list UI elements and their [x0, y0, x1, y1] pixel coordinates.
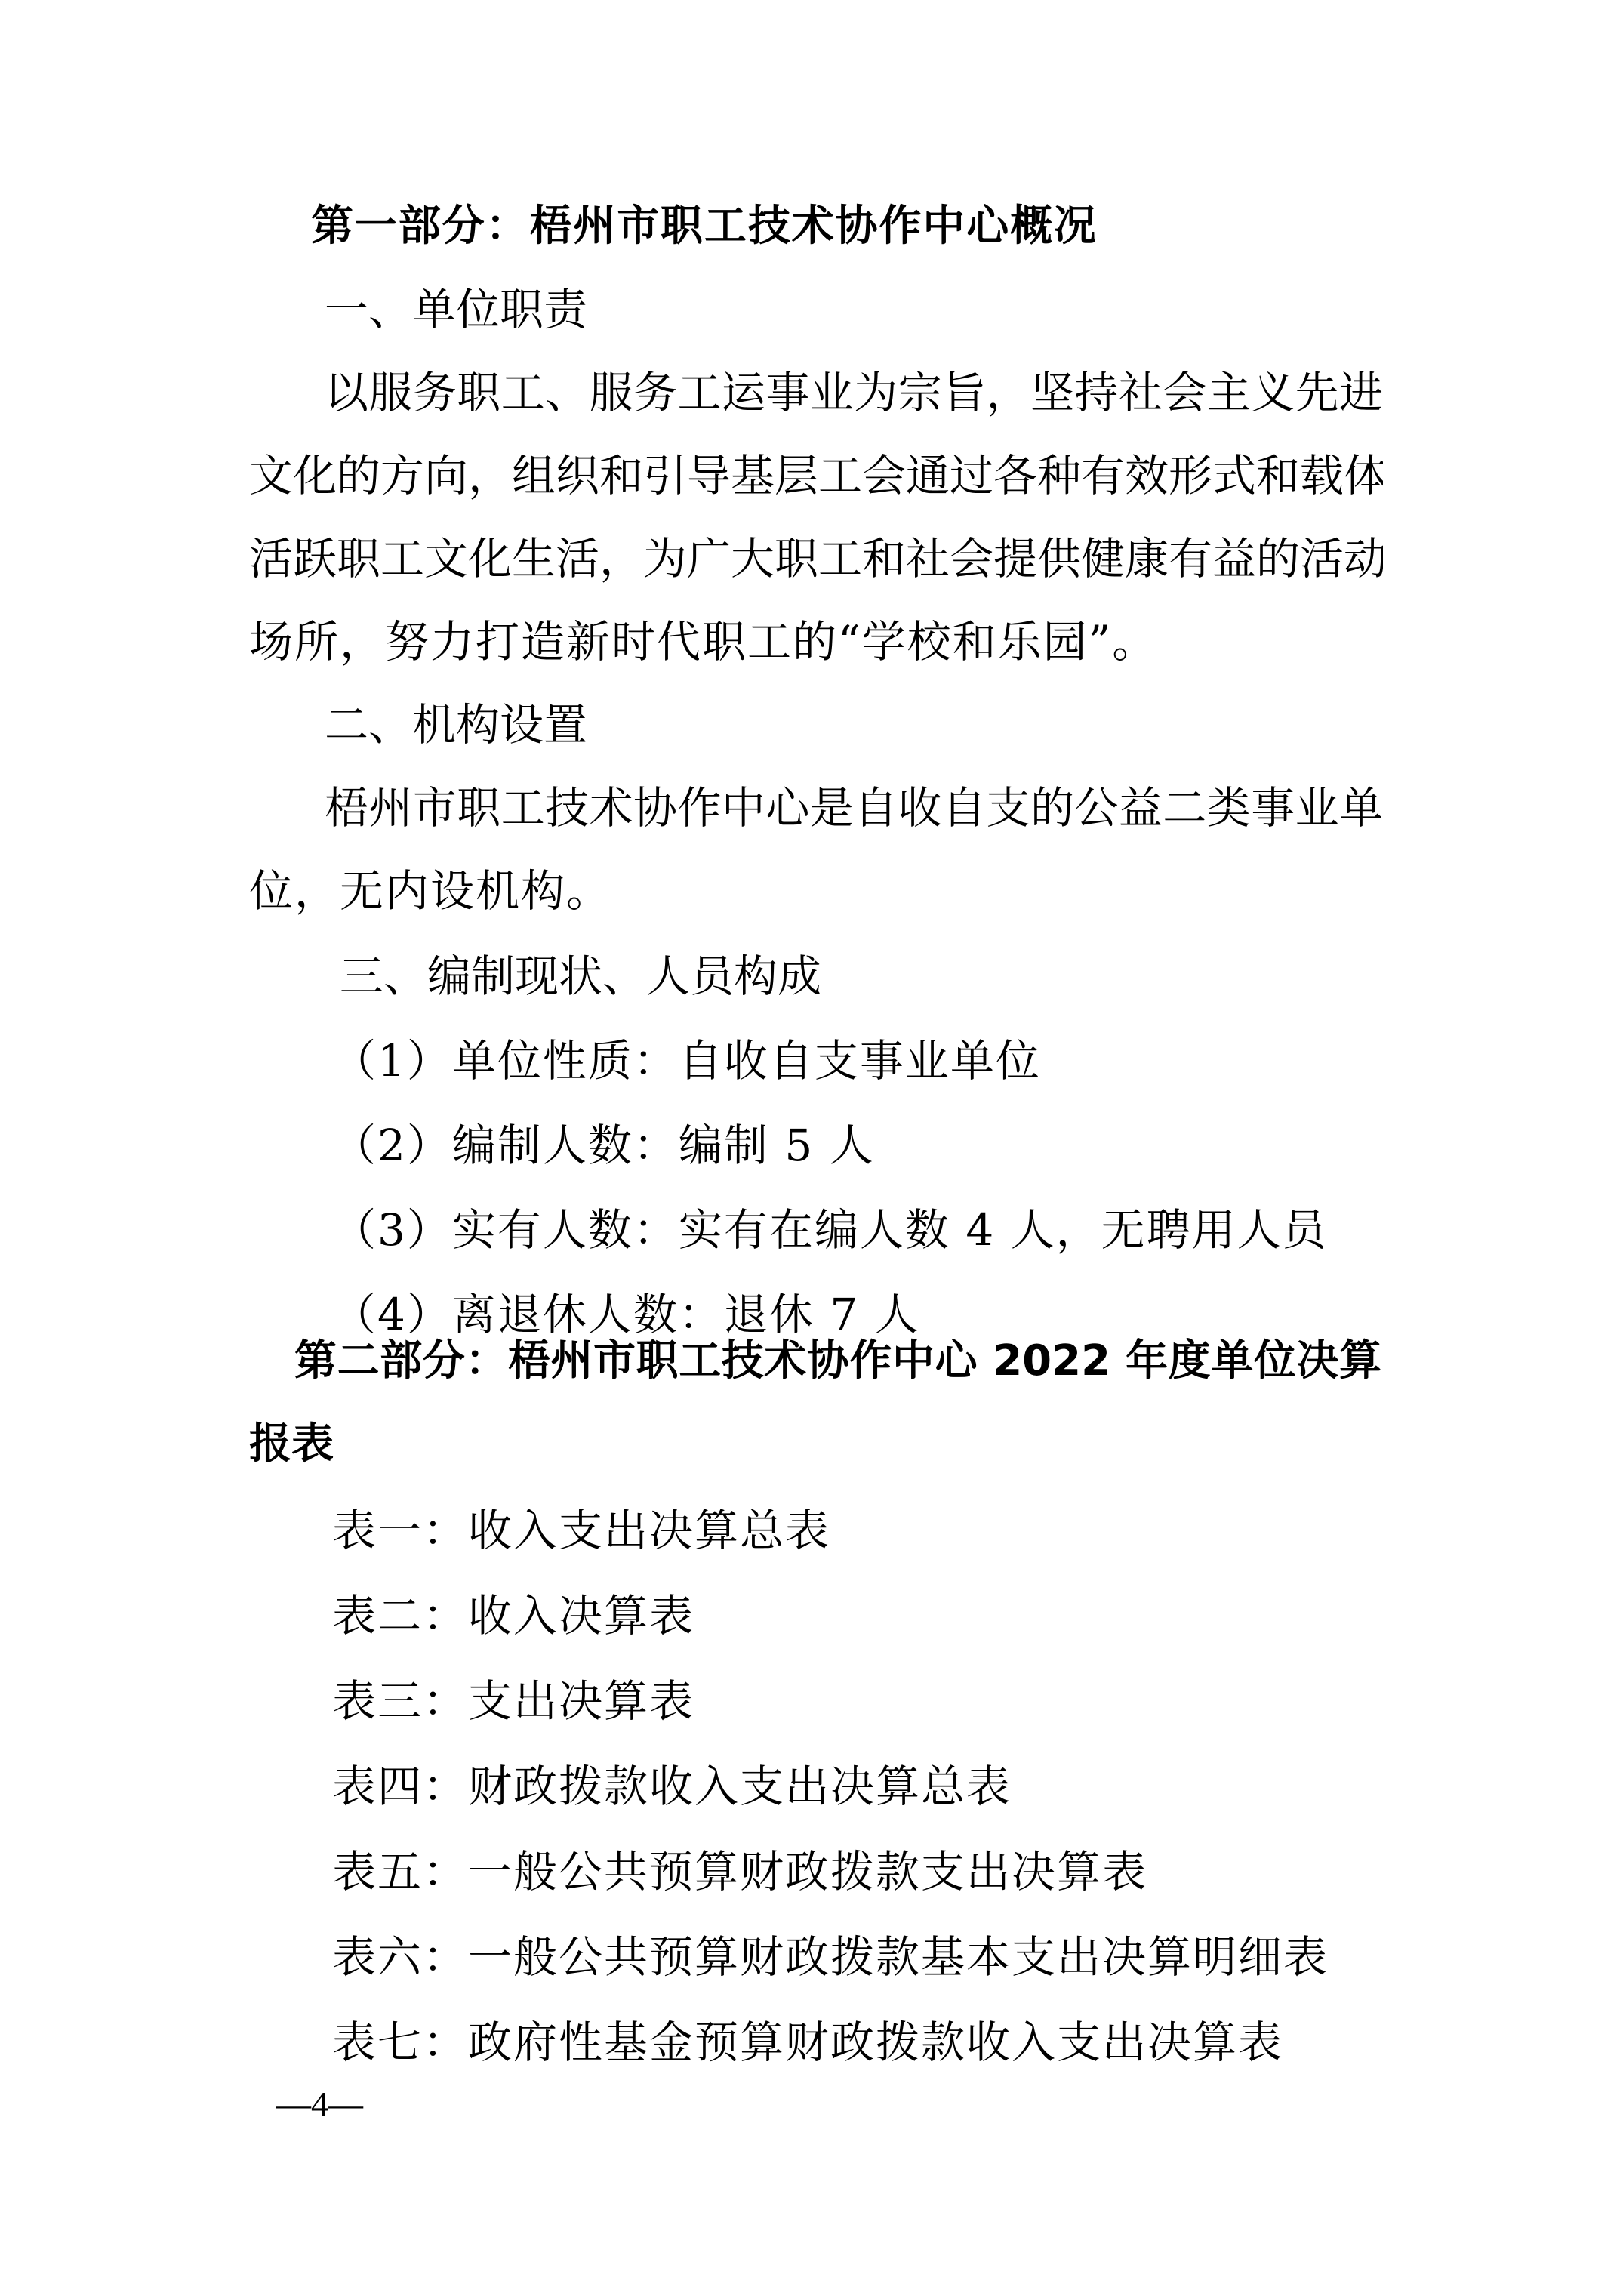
table-list-item-4: 表四：财政拨款收入支出决算总表	[332, 1760, 1012, 1813]
table-list-item-2: 表二：收入决算表	[332, 1589, 694, 1642]
staffing-item-4: （4）离退休人数：退休 7 人	[332, 1288, 920, 1341]
staffing-item-1: （1）单位性质：自收自支事业单位	[332, 1034, 1041, 1087]
table-list-item-1: 表一：收入支出决算总表	[332, 1504, 830, 1557]
section2-paragraph-line-1: 梧州市职工技术协作中心是自收自支的公益二类事业单	[325, 781, 1383, 834]
part2-heading-line-1: 第二部分：梧州市职工技术协作中心 2022 年度单位决算	[294, 1335, 1381, 1388]
section1-paragraph-line-1: 以服务职工、服务工运事业为宗旨，坚持社会主义先进	[325, 366, 1383, 419]
page-number: —4—	[276, 2085, 363, 2123]
part2-heading-line-2: 报表	[249, 1418, 334, 1471]
table-list-item-3: 表三：支出决算表	[332, 1675, 694, 1727]
table-list-item-7: 表七：政府性基金预算财政拨款收入支出决算表	[332, 2016, 1283, 2069]
staffing-item-3: （3）实有人数：实有在编人数 4 人，无聘用人员	[332, 1203, 1328, 1256]
section2-paragraph-line-2: 位，无内设机构。	[249, 864, 611, 917]
table-list-item-5: 表五：一般公共预算财政拨款支出决算表	[332, 1845, 1147, 1898]
section1-paragraph-line-2: 文化的方向，组织和引导基层工会通过各种有效形式和载体，	[249, 449, 1383, 502]
staffing-item-2: （2）编制人数：编制 5 人	[332, 1119, 875, 1172]
section1-paragraph-line-4: 场所，努力打造新时代职工的“学校和乐园”。	[249, 615, 1157, 668]
section1-title: 一、单位职责	[325, 283, 587, 336]
section1-paragraph-line-3: 活跃职工文化生活，为广大职工和社会提供健康有益的活动	[249, 532, 1383, 585]
table-list-item-6: 表六：一般公共预算财政拨款基本支出决算明细表	[332, 1931, 1329, 1983]
document-page: 第一部分：梧州市职工技术协作中心概况 一、单位职责 以服务职工、服务工运事业为宗…	[0, 0, 1623, 2296]
section3-title: 三、编制现状、人员构成	[340, 950, 821, 1003]
section2-title: 二、机构设置	[325, 698, 587, 751]
part1-heading: 第一部分：梧州市职工技术协作中心概况	[311, 200, 1096, 253]
